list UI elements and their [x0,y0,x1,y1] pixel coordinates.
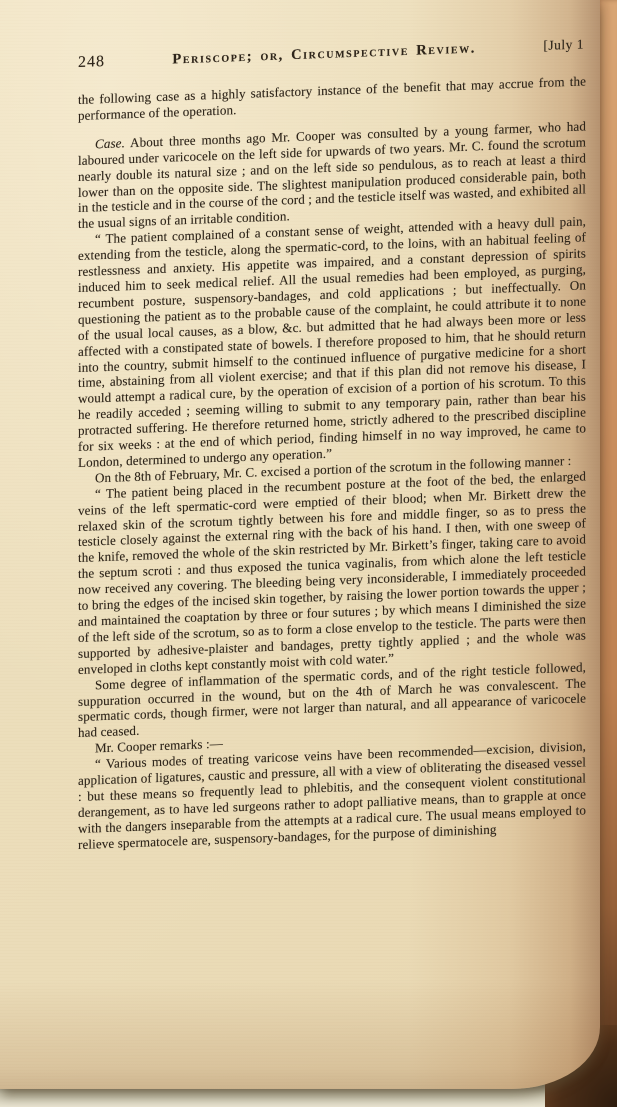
article-body: the following case as a highly satisfact… [78,73,586,852]
case-label: Case. [95,135,125,151]
page-content: 248 Periscope; or, Circumspective Review… [78,35,586,852]
paragraph-intro: the following case as a highly satisfact… [78,73,586,123]
paragraph-patient-complaint: “ The patient complained of a constant s… [78,214,586,471]
paragraph-case: Case. About three months ago Mr. Cooper … [78,118,586,232]
journal-title: Periscope; or, Circumspective Review. [105,38,543,71]
paragraph-remarks: “ Various modes of treating varicose vei… [78,739,586,853]
scanned-book-page: 248 Periscope; or, Circumspective Review… [0,0,600,1089]
page-number: 248 [78,53,105,72]
running-header: 248 Periscope; or, Circumspective Review… [78,35,586,72]
issue-date: [July 1 [543,36,586,54]
case-text: About three months ago Mr. Cooper was co… [78,118,586,231]
paragraph-operation-description: “ The patient being placed in the recumb… [78,468,586,678]
